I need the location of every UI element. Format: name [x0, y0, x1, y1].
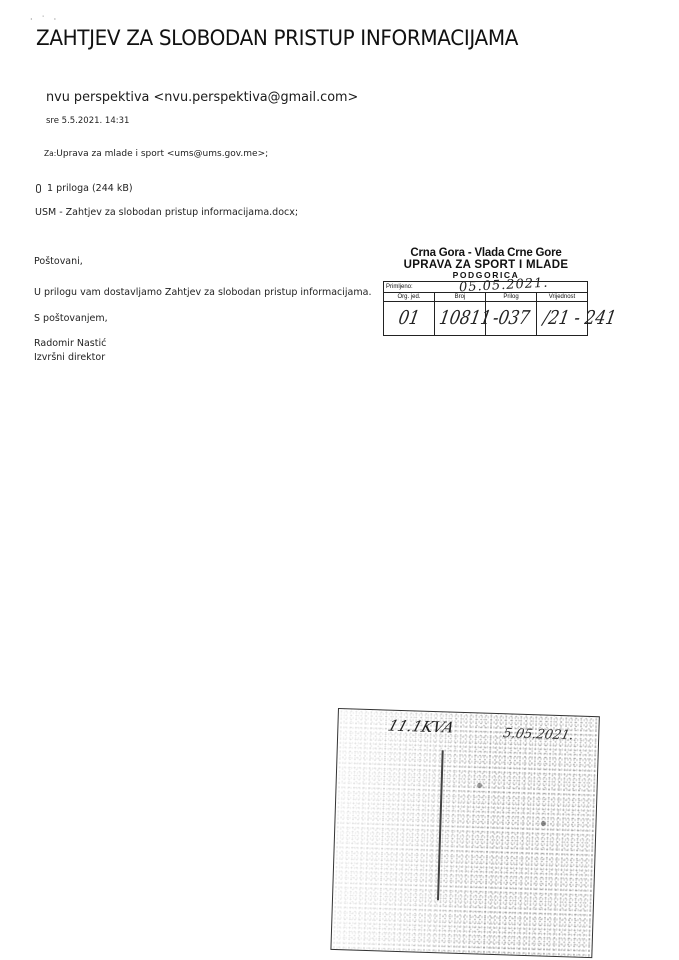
- signer-name: Radomir Nastić: [34, 338, 106, 349]
- scanned-stamp-box: 11.1KVA 5.05.2021.: [330, 708, 599, 958]
- received-row: Primljeno: 05.05.2021.: [384, 281, 588, 292]
- attachment-filename: USM - Zahtjev za slobodan pristup inform…: [35, 207, 298, 218]
- stamp-government: Crna Gora - Vlada Crne Gore: [383, 248, 589, 260]
- email-message: U prilogu vam dostavljamo Zahtjev za slo…: [34, 287, 371, 298]
- value-number: 10811: [435, 301, 486, 335]
- value-row: 01 10811 -037 /21 - 241: [384, 301, 588, 335]
- received-label: Primljeno:: [386, 284, 413, 290]
- value-attachment: -037: [486, 301, 537, 335]
- stamp-header: Crna Gora - Vlada Crne Gore UPRAVA ZA SP…: [383, 248, 589, 280]
- registry-stamp: Crna Gora - Vlada Crne Gore UPRAVA ZA SP…: [383, 248, 589, 336]
- received-cell: Primljeno: 05.05.2021.: [384, 281, 588, 292]
- value-attachment-text: -037: [491, 307, 531, 329]
- email-closing: S poštovanjem,: [34, 313, 108, 324]
- column-header-org: Org. jed.: [384, 292, 435, 301]
- attachment-summary: 1 priloga (244 kB): [36, 183, 133, 194]
- attachment-count: 1 priloga (244 kB): [47, 183, 133, 194]
- document-title: ZAHTJEV ZA SLOBODAN PRISTUP INFORMACIJAM…: [36, 26, 518, 51]
- value-org-text: 01: [397, 307, 421, 329]
- value-org: 01: [384, 301, 435, 335]
- scanned-stamp-reference: 11.1KVA: [386, 717, 457, 737]
- stamp-registry-table: Primljeno: 05.05.2021. Org. jed. Broj Pr…: [383, 281, 588, 336]
- signer-title: Izvršni direktor: [34, 352, 105, 363]
- email-greeting: Poštovani,: [34, 256, 83, 267]
- value-value: /21 - 241: [537, 301, 588, 335]
- recipient-address: Uprava za mlade i sport <ums@ums.gov.me>…: [56, 149, 268, 159]
- scanned-stamp-date: 5.05.2021.: [502, 726, 575, 743]
- column-header-value: Vrijednost: [537, 292, 588, 301]
- email-datetime: sre 5.5.2021. 14:31: [46, 116, 129, 126]
- email-sender: nvu perspektiva <nvu.perspektiva@gmail.c…: [46, 89, 358, 105]
- email-recipient: Za:Uprava za mlade i sport <ums@ums.gov.…: [44, 149, 268, 159]
- scan-marks: · ˙ ·: [30, 15, 59, 24]
- value-value-text: /21 - 241: [541, 307, 617, 329]
- value-number-text: 10811: [438, 307, 493, 329]
- scan-noise: [331, 709, 598, 957]
- paperclip-icon: [36, 184, 41, 193]
- recipient-prefix: Za:: [44, 149, 56, 158]
